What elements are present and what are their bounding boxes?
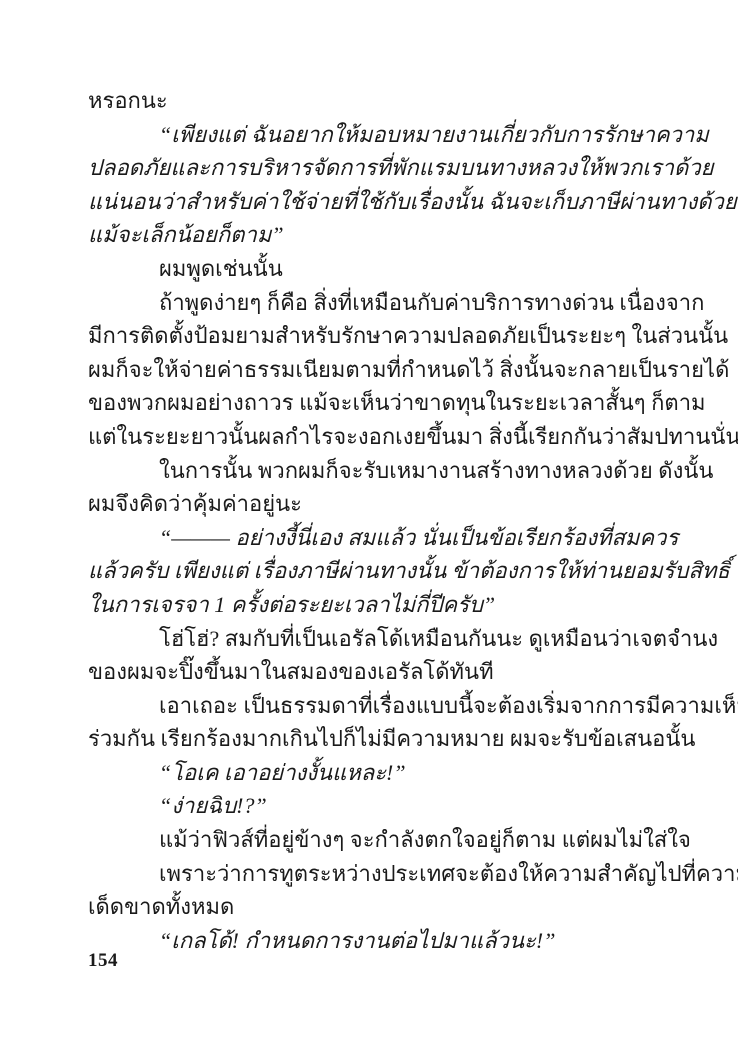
text-line: ของผมจะปิ๊งขึ้นมาในสมองของเอรัลโด้ทันที: [88, 655, 663, 689]
text-line: เอาเถอะ เป็นธรรมดาที่เรื่องแบบนี้จะต้องเ…: [88, 689, 663, 723]
text-line: แล้วครับ เพียงแต่ เรื่องภาษีผ่านทางนั้น …: [88, 554, 663, 588]
text-line: เด็ดขาดทั้งหมด: [88, 890, 663, 924]
text-line: แม้จะเล็กน้อยก็ตาม”: [88, 218, 663, 252]
text-line: “เกลโด้! กำหนดการงานต่อไปมาแล้วนะ!”: [88, 924, 663, 958]
text-line: แน่นอนว่าสำหรับค่าใช้จ่ายที่ใช้กับเรื่อง…: [88, 185, 663, 219]
text-line: “ง่ายฉิบ!?”: [88, 789, 663, 823]
text-line: “เพียงแต่ ฉันอยากให้มอบหมายงานเกี่ยวกับก…: [88, 118, 663, 152]
page-number: 154: [88, 950, 118, 972]
text-line: “——— อย่างงี้นี่เอง สมแล้ว นั่นเป็นข้อเร…: [88, 521, 663, 555]
text-line: ปลอดภัยและการบริหารจัดการที่พักแรมบนทางห…: [88, 151, 663, 185]
text-line: ผมพูดเช่นนั้น: [88, 252, 663, 286]
text-line: มีการติดตั้งป้อมยามสำหรับรักษาความปลอดภั…: [88, 319, 663, 353]
text-line: ของพวกผมอย่างถาวร แม้จะเห็นว่าขาดทุนในระ…: [88, 386, 663, 420]
page-text: หรอกนะ “เพียงแต่ ฉันอยากให้มอบหมายงานเกี…: [88, 84, 663, 957]
text-line: ผมจึงคิดว่าคุ้มค่าอยู่นะ: [88, 487, 663, 521]
text-line: หรอกนะ: [88, 84, 663, 118]
text-line: ผมก็จะให้จ่ายค่าธรรมเนียมตามที่กำหนดไว้ …: [88, 353, 663, 387]
text-line: แต่ในระยะยาวนั้นผลกำไรจะงอกเงยขึ้นมา สิ่…: [88, 420, 663, 454]
text-line: “โอเค เอาอย่างงั้นแหละ!”: [88, 756, 663, 790]
text-line: ถ้าพูดง่ายๆ ก็คือ สิ่งที่เหมือนกับค่าบริ…: [88, 286, 663, 320]
text-line: ในการเจรจา 1 ครั้งต่อระยะเวลาไม่กี่ปีครั…: [88, 588, 663, 622]
text-line: ในการนั้น พวกผมก็จะรับเหมางานสร้างทางหลว…: [88, 454, 663, 488]
text-line: โฮ่โฮ่? สมกับที่เป็นเอรัลโด้เหมือนกันนะ …: [88, 622, 663, 656]
text-line: เพราะว่าการทูตระหว่างประเทศจะต้องให้ความ…: [88, 857, 663, 891]
book-page: หรอกนะ “เพียงแต่ ฉันอยากให้มอบหมายงานเกี…: [0, 0, 738, 1051]
text-line: แม้ว่าฟิวส์ที่อยู่ข้างๆ จะกำลังตกใจอยู่ก…: [88, 823, 663, 857]
text-line: ร่วมกัน เรียกร้องมากเกินไปก็ไม่มีความหมา…: [88, 722, 663, 756]
